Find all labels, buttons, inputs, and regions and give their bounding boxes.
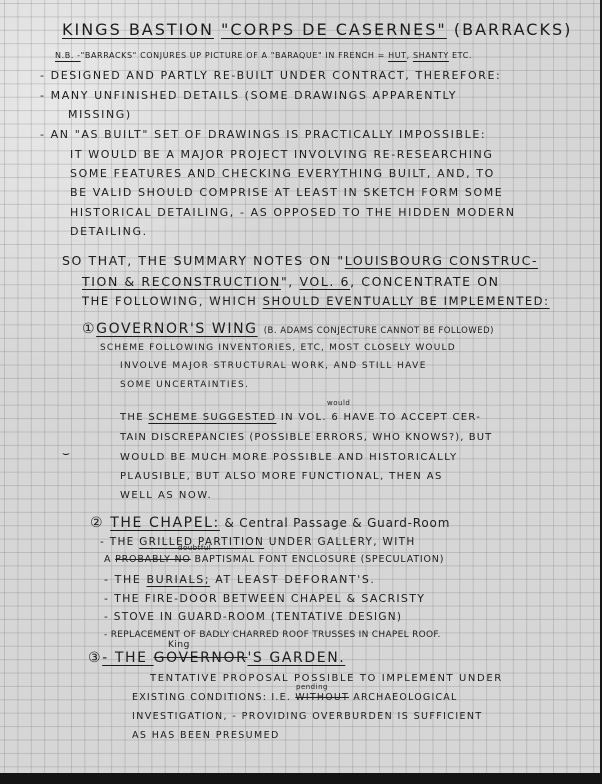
summary-line-2: tion & Reconstruction", Vol. 6, concentr… xyxy=(82,274,500,289)
insert-king: King xyxy=(168,640,190,650)
item-1-para2-line-5: well as now. xyxy=(120,490,212,501)
title-barracks: (Barracks) xyxy=(454,20,572,39)
bullet-unfinished-cont: missing) xyxy=(68,108,132,121)
summary-line-3: the following, which should eventually b… xyxy=(82,294,550,308)
as-built-line-5: historical detailing, - as opposed to th… xyxy=(70,206,516,219)
item-1-para2-line-2: tain discrepancies (possible errors, who… xyxy=(120,432,492,443)
bullet-as-built: - An "As built" set of drawings is pract… xyxy=(40,128,486,141)
chapel-fire-door: - The Fire-door between Chapel & Sacrist… xyxy=(104,592,425,605)
item-1-para2-line-3: would be much more possible and historic… xyxy=(120,452,458,463)
item-1-para2-line-4: plausible, but also more functional, the… xyxy=(120,471,443,482)
garden-body-3: investigation, - providing overburden is… xyxy=(132,711,483,722)
insert-would: would xyxy=(327,399,350,407)
chapel-burials: - The Burials; at least DeForant's. xyxy=(104,573,376,586)
as-built-line-3: some features and checking everything bu… xyxy=(70,167,495,180)
as-built-line-2: It would be a major project involving re… xyxy=(70,148,494,161)
as-built-line-4: be valid should comprise at least in ske… xyxy=(70,186,503,199)
handwritten-notes-page: Kings Bastion "Corps de Casernes" (Barra… xyxy=(0,0,600,773)
chapel-baptismal-font: a probably no Baptismal Font enclosure (… xyxy=(104,554,444,565)
insert-pending: pending xyxy=(296,683,328,691)
item-2-heading: ② The Chapel: & Central Passage & Guard-… xyxy=(90,515,450,531)
as-built-line-6: detailing. xyxy=(70,225,148,238)
chapel-grilled-partition: - The Grilled partition under gallery, w… xyxy=(100,536,416,548)
item-1-para2-line-1: The scheme suggested in Vol. 6 have to a… xyxy=(120,412,481,423)
bullet-designed: - Designed and partly re-built under con… xyxy=(40,69,501,82)
item-1-body-3: some uncertainties. xyxy=(120,380,249,390)
title-kings-bastion: Kings Bastion xyxy=(62,20,214,39)
chapel-stove: - Stove in Guard-Room (tentative design) xyxy=(104,611,402,623)
item-3-heading: ③- The Governor's Garden. xyxy=(88,650,345,666)
item-1-body-1: Scheme following inventories, etc, most … xyxy=(100,343,456,353)
nb-note: N.B. -"Barracks" conjures up picture of … xyxy=(55,51,472,60)
page-title: Kings Bastion "Corps de Casernes" (Barra… xyxy=(62,20,572,39)
margin-mark: ⌣ xyxy=(62,446,70,461)
summary-line-1: So that, the summary notes on "Louisbour… xyxy=(62,253,538,268)
item-1-heading: ①Governor's Wing (B. Adams conjecture ca… xyxy=(82,321,494,337)
title-corps-de-casernes: "Corps de Casernes" xyxy=(221,20,447,39)
chapel-roof-trusses: - Replacement of badly charred roof trus… xyxy=(104,630,441,640)
insert-doubtful: doubtful xyxy=(178,544,211,552)
garden-body-2: existing conditions: i.e. without archae… xyxy=(132,692,457,703)
item-1-body-2: involve major structural work, and still… xyxy=(120,361,427,371)
bullet-unfinished: - Many unfinished details (some drawings… xyxy=(40,89,457,102)
garden-body-4: as has been presumed xyxy=(132,730,280,741)
